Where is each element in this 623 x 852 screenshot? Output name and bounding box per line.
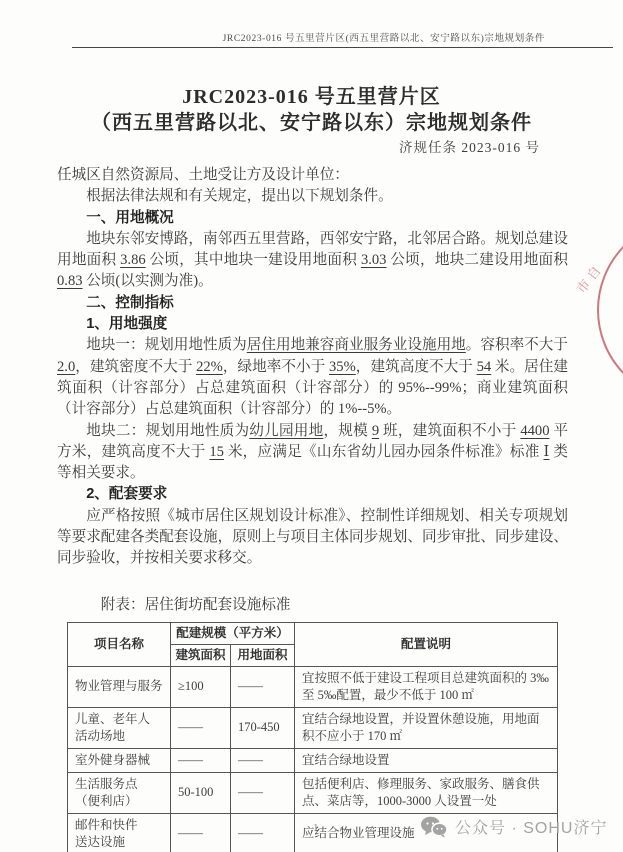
land-area-cell: 170-450 xyxy=(231,707,295,748)
text-run: ，规模 xyxy=(323,423,371,439)
document-title: JRC2023-016 号五里营片区 （西五里营路以北、安宁路以东）宗地规划条件 xyxy=(0,84,623,136)
document-number: 济规任条 2023-016 号 xyxy=(399,136,540,156)
floor-area-cell: —— xyxy=(171,707,231,748)
floor-area-cell: ≥100 xyxy=(171,666,231,707)
table-row: 生活服务点 （便利店）50-100——包括便利店、修理服务、家政服务、膳食供点、… xyxy=(68,772,558,813)
watermark-text: 公众号 · SOHU济宁 xyxy=(455,815,607,838)
land-overview-paragraph: 地块东邻安博路，南邻西五里营路，西邻安宁路，北邻居合路。规划总建设用地面积 3.… xyxy=(57,229,568,293)
text-run: 班，建筑面积不小于 xyxy=(379,423,520,439)
page-number: 1 xyxy=(313,822,319,834)
description-cell: 宜按照不低于建设工程项目总建筑面积的 3‰ 至 5‰配置，最少不低于 100 ㎡ xyxy=(295,666,558,707)
table-header: 项目名称 配建规模（平方米） 配置说明 建筑面积 用地面积 xyxy=(68,622,558,666)
underlined-value: 2.0 xyxy=(57,359,75,375)
text-run: 。容积率不大于 xyxy=(466,337,568,353)
text-run: 地块二：规划用地性质为 xyxy=(86,423,249,439)
intro-paragraph: 根据法律法规和有关规定，提出以下规划条件。 xyxy=(57,186,568,207)
running-header: JRC2023-016 号五里营片区(西五里营路以北、安宁路以东)宗地规划条件 xyxy=(223,30,545,44)
underlined-value: 54 xyxy=(477,359,492,375)
header-rule xyxy=(72,47,613,48)
official-seal-arc xyxy=(597,218,623,402)
text-run: ，建筑高度不大于 xyxy=(356,359,477,375)
col-header-scale-group: 配建规模（平方米） xyxy=(171,622,295,644)
floor-area-cell: —— xyxy=(171,813,231,852)
title-line-2: （西五里营路以北、安宁路以东）宗地规划条件 xyxy=(0,110,623,136)
text-run: 公顷，地块二建设用地面积 xyxy=(386,252,568,268)
table-row: 室外健身器械————宜结合绿地设置 xyxy=(68,748,558,772)
underlined-value: 3.03 xyxy=(361,252,387,268)
document-body: 任城区自然资源局、土地受让方及设计单位： 根据法律法规和有关规定，提出以下规划条… xyxy=(57,165,568,852)
underlined-value: 22% xyxy=(196,359,223,375)
table-header-row-1: 项目名称 配建规模（平方米） 配置说明 xyxy=(68,622,558,644)
scanned-document-page: JRC2023-016 号五里营片区(西五里营路以北、安宁路以东)宗地规划条件 … xyxy=(0,0,623,852)
underlined-value: 15 xyxy=(209,444,224,460)
underlined-value: 9 xyxy=(372,423,379,439)
text-run: 米，应满足《山东省幼儿园办园条件标准》标准 xyxy=(224,444,544,460)
subsection-2-heading: 2、配套要求 xyxy=(57,484,568,505)
underlined-value: 幼儿园用地 xyxy=(249,423,323,439)
text-run: ，建筑密度不大于 xyxy=(75,359,196,375)
project-name-cell: 儿童、老年人 活动场地 xyxy=(68,707,171,748)
text-run: 地块一：规划用地性质为 xyxy=(86,337,247,353)
text-run: 公顷(以实测为准)。 xyxy=(83,273,213,289)
watermark: 公众号 · SOHU济宁 xyxy=(420,815,607,838)
floor-area-cell: 50-100 xyxy=(171,772,231,813)
subsection-1-heading: 1、用地强度 xyxy=(57,314,568,335)
project-name-cell: 邮件和快件 送达设施 xyxy=(68,813,171,852)
table-row: 儿童、老年人 活动场地——170-450宜结合绿地设置，并设置休憩设施，用地面积… xyxy=(68,707,558,748)
wechat-icon xyxy=(420,816,448,838)
text-run: 公顷，其中地块一建设用地面积 xyxy=(146,252,361,268)
underlined-value: 4400 xyxy=(520,423,549,439)
description-cell: 包括便利店、修理服务、家政服务、膳食供点、菜店等，1000-3000 人设置一处 xyxy=(295,772,558,813)
underlined-value: 0.83 xyxy=(57,273,83,289)
land-area-cell: —— xyxy=(231,748,295,772)
land-area-cell: —— xyxy=(231,813,295,852)
col-header-project-name: 项目名称 xyxy=(68,622,171,666)
col-header-floor-area: 建筑面积 xyxy=(171,644,231,666)
land-area-cell: —— xyxy=(231,666,295,707)
land-area-cell: —— xyxy=(231,772,295,813)
salutation: 任城区自然资源局、土地受让方及设计单位： xyxy=(57,165,568,186)
underlined-value: 居住用地兼容商业服务业设施用地 xyxy=(247,337,466,353)
underlined-value: 35% xyxy=(329,359,356,375)
project-name-cell: 生活服务点 （便利店） xyxy=(68,772,171,813)
appendix-label: 附表：居住街坊配套设施标准 xyxy=(57,595,568,616)
floor-area-cell: —— xyxy=(171,748,231,772)
supporting-facilities-paragraph: 应严格按照《城市居住区规划设计标准》、控制性详细规划、相关专项规划等要求配建各类… xyxy=(57,506,568,570)
plot-two-paragraph: 地块二：规划用地性质为幼儿园用地，规模 9 班，建筑面积不小于 4400 平方米… xyxy=(57,421,568,485)
col-header-description: 配置说明 xyxy=(295,622,558,666)
text-run: ，绿地率不小于 xyxy=(223,359,329,375)
table-row: 物业管理与服务≥100——宜按照不低于建设工程项目总建筑面积的 3‰ 至 5‰配… xyxy=(68,666,558,707)
underlined-value: 3.86 xyxy=(120,252,146,268)
col-header-land-area: 用地面积 xyxy=(231,644,295,666)
project-name-cell: 物业管理与服务 xyxy=(68,666,171,707)
section-1-heading: 一、用地概况 xyxy=(57,208,568,229)
title-line-1: JRC2023-016 号五里营片区 xyxy=(0,84,623,110)
section-2-heading: 二、控制指标 xyxy=(57,293,568,314)
project-name-cell: 室外健身器械 xyxy=(68,748,171,772)
plot-one-paragraph: 地块一：规划用地性质为居住用地兼容商业服务业设施用地。容积率不大于 2.0，建筑… xyxy=(57,335,568,420)
description-cell: 宜结合绿地设置 xyxy=(295,748,558,772)
description-cell: 宜结合绿地设置，并设置休憩设施，用地面积不应小于 170 ㎡ xyxy=(295,707,558,748)
